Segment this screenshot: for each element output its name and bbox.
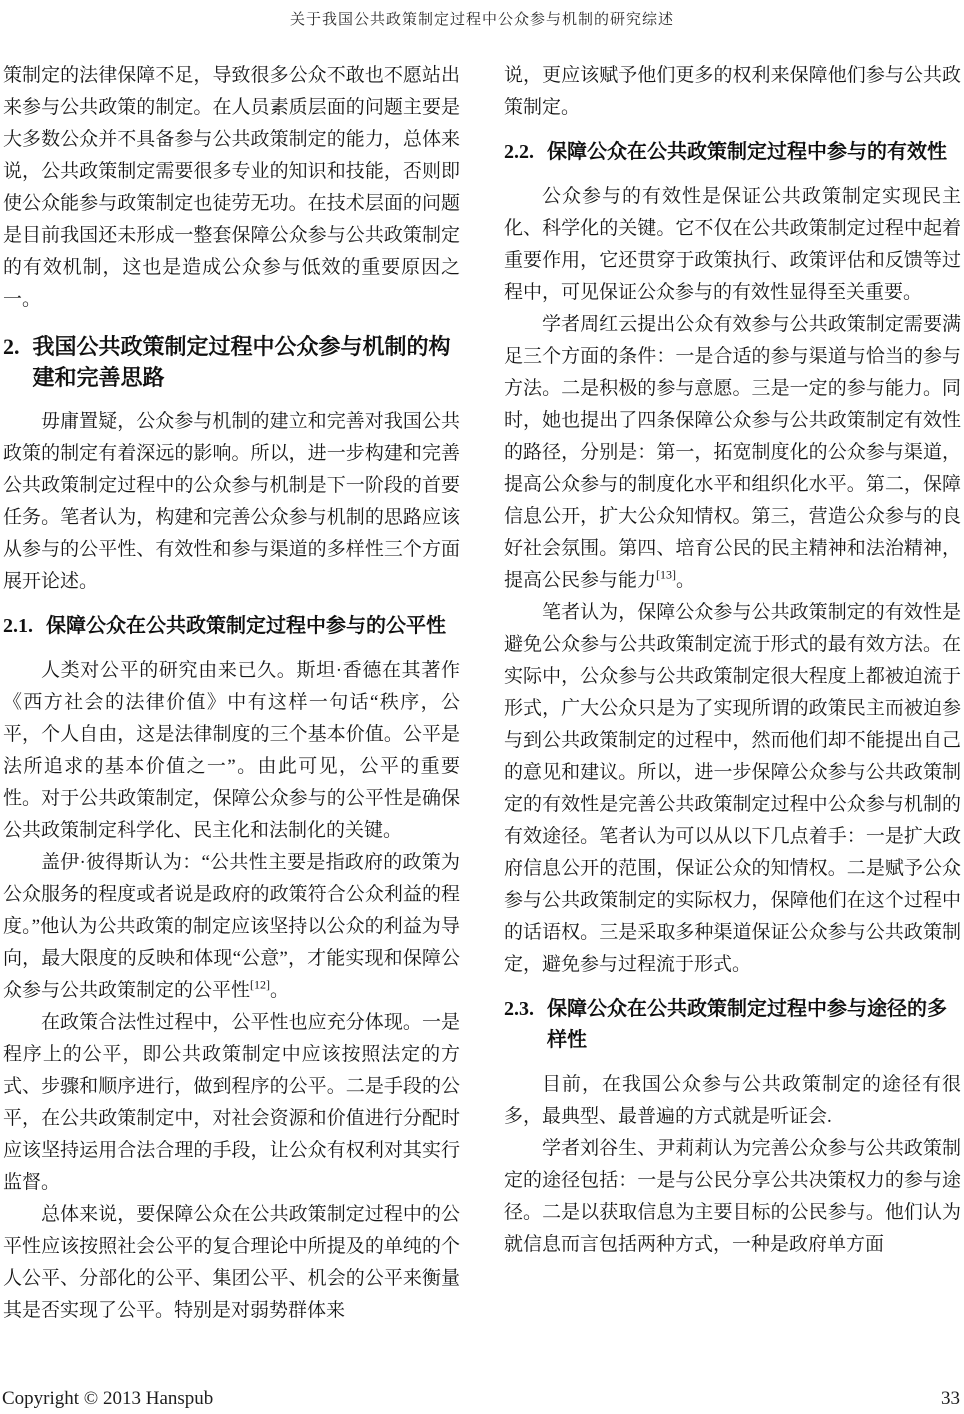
- section-number: 2.: [3, 331, 33, 362]
- paragraph-legitimacy: 在政策合法性过程中，公平性也应充分体现。一是程序上的公平，即公共政策制定中应该按…: [3, 1007, 460, 1199]
- paragraph-text: 。: [676, 570, 695, 591]
- section-title: 我国公共政策制定过程中公众参与机制的构建和完善思路: [33, 331, 461, 393]
- paragraph-continuation: 说，更应该赋予他们更多的权利来保障他们参与公共政策制定。: [504, 60, 961, 124]
- paragraph-text: 盖伊·彼得斯认为：“公共性主要是指政府的政策为公众服务的程度或者说是政府的政策符…: [3, 852, 460, 1001]
- citation-ref-12: [12]: [250, 978, 270, 992]
- paragraph-liu: 学者刘谷生、尹莉莉认为完善公众参与公共政策制定的途径包括：一是与公民分享公共决策…: [504, 1133, 961, 1261]
- section-title: 保障公众在公共政策制定过程中参与的公平性: [46, 611, 460, 642]
- section-heading-2-2: 2.2. 保障公众在公共政策制定过程中参与的有效性: [504, 137, 961, 168]
- page-footer: Copyright © 2013 Hanspub 33: [2, 1388, 960, 1410]
- paragraph-continuation: 策制定的法律保障不足，导致很多公众不敢也不愿站出来参与公共政策的制定。在人员素质…: [3, 60, 460, 316]
- copyright-text: Copyright © 2013 Hanspub: [2, 1388, 213, 1410]
- section-heading-2-3: 2.3. 保障公众在公共政策制定过程中参与途径的多样性: [504, 994, 961, 1056]
- section-number: 2.2.: [504, 137, 547, 168]
- page-number: 33: [941, 1388, 960, 1410]
- page-header: 关于我国公共政策制定过程中公众参与机制的研究综述: [0, 8, 964, 29]
- paragraph-effectiveness: 公众参与的有效性是保证公共政策制定实现民主化、科学化的关键。它不仅在公共政策制定…: [504, 181, 961, 309]
- left-column: 策制定的法律保障不足，导致很多公众不敢也不愿站出来参与公共政策的制定。在人员素质…: [3, 60, 460, 1362]
- running-title: 关于我国公共政策制定过程中公众参与机制的研究综述: [290, 12, 674, 28]
- paragraph-author-view: 笔者认为，保障公众参与公共政策制定的有效性是避免公众参与公共政策制定流于形式的最…: [504, 597, 961, 981]
- paragraph-text: 学者周红云提出公众有效参与公共政策制定需要满足三个方面的条件：一是合适的参与渠道…: [504, 314, 961, 591]
- paragraph-overall: 总体来说，要保障公众在公共政策制定过程中的公平性应该按照社会公平的复合理论中所提…: [3, 1199, 460, 1327]
- right-column: 说，更应该赋予他们更多的权利来保障他们参与公共政策制定。 2.2. 保障公众在公…: [504, 60, 961, 1362]
- section-number: 2.1.: [3, 611, 46, 642]
- paragraph-fairness: 人类对公平的研究由来已久。斯坦·香德在其著作《西方社会的法律价值》中有这样一句话…: [3, 655, 460, 847]
- section-heading-2: 2. 我国公共政策制定过程中公众参与机制的构建和完善思路: [3, 331, 460, 393]
- paragraph-text: 。: [270, 980, 289, 1001]
- section-title: 保障公众在公共政策制定过程中参与的有效性: [547, 137, 961, 168]
- paragraph-zhou: 学者周红云提出公众有效参与公共政策制定需要满足三个方面的条件：一是合适的参与渠道…: [504, 309, 961, 597]
- paper-page: 关于我国公共政策制定过程中公众参与机制的研究综述 策制定的法律保障不足，导致很多…: [0, 0, 964, 1414]
- citation-ref-13: [13]: [656, 568, 676, 582]
- section-number: 2.3.: [504, 994, 547, 1025]
- section-heading-2-1: 2.1. 保障公众在公共政策制定过程中参与的公平性: [3, 611, 460, 642]
- paragraph-construct: 毋庸置疑，公众参与机制的建立和完善对我国公共政策的制定有着深远的影响。所以，进一…: [3, 406, 460, 598]
- paragraph-channels: 目前，在我国公众参与公共政策制定的途径有很多，最典型、最普遍的方式就是听证会.: [504, 1069, 961, 1133]
- section-title: 保障公众在公共政策制定过程中参与途径的多样性: [547, 994, 961, 1056]
- paragraph-peters: 盖伊·彼得斯认为：“公共性主要是指政府的政策为公众服务的程度或者说是政府的政策符…: [3, 847, 460, 1007]
- page-body: 策制定的法律保障不足，导致很多公众不敢也不愿站出来参与公共政策的制定。在人员素质…: [3, 60, 961, 1362]
